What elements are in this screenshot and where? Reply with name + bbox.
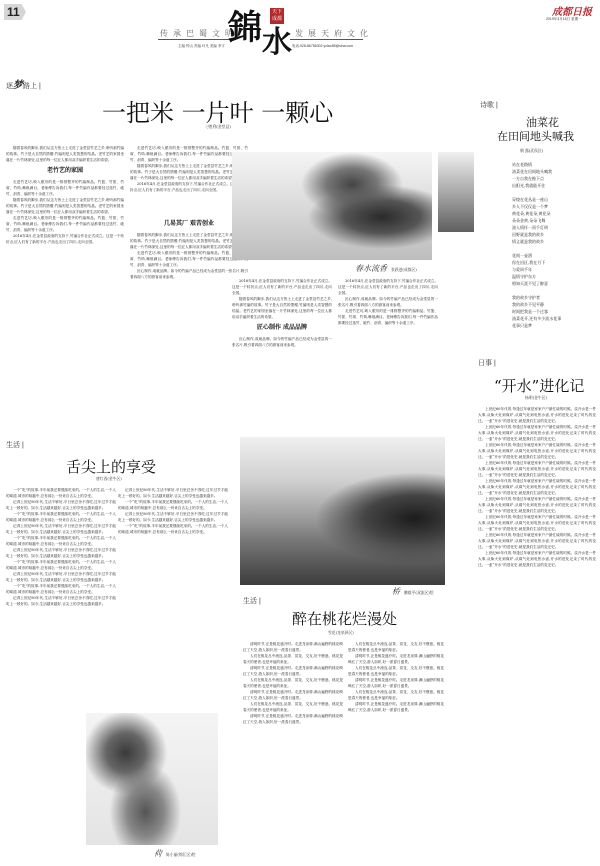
masthead-seal: 天下成都 (270, 8, 284, 24)
section-tag-daily: 日事 | (478, 358, 496, 368)
header-contact: 电话:028-86756302 yclao55@sina.com (292, 44, 353, 49)
life2-byline: 雪花(龙泉驿区) (328, 630, 354, 636)
header-slogan-left: 传承巴蜀文明 (160, 28, 238, 39)
section-tag-life2: 生活 | (243, 596, 261, 606)
life1-headline: 舌尖上的享受 (66, 456, 156, 477)
painting-spring-water (232, 152, 432, 260)
life1-byline: 唐红西(金牛区) (96, 476, 122, 482)
poem-byline: 朝 露(武侯区) (520, 148, 543, 154)
paper-date: 2019年3月15日 星期一 (546, 17, 582, 22)
painting-lotus (86, 713, 218, 845)
painting-edge-fragment (438, 152, 474, 232)
poem-body: 站在老路情 油菜花在田间地头喊我 一方自我在檐下点 出阳光,我就能开往 穿梭在花… (512, 161, 561, 329)
painting-bridge (240, 437, 445, 585)
masthead-logo-shui: 水 (262, 28, 292, 58)
main-article-col3: 2016年4月,在金堂县政府的支持下,竹编合作社正式成立。这是一个转折点,匠人们… (232, 278, 332, 418)
main-byline: 刁胜利(金堂县) (205, 124, 231, 130)
life2-headline: 醉在桃花烂漫处 (292, 608, 397, 629)
painting-caption-bridge: 桥鹏毅平(双流区)绘 (392, 586, 434, 597)
header-rule-right (290, 39, 363, 40)
main-subhead-3: 匠心制作 成品品牌 (232, 325, 332, 331)
section-tag-poetry: 诗歌 | (480, 100, 498, 110)
life2-article-col2: 人们在桃花丛中流连,品茶、赏花、交友,好不惬意。桃花是春天的使者,也是幸福的象征… (348, 641, 444, 862)
main-subhead-1: 老竹艺的家园 (6, 168, 124, 174)
daily-headline: “开水”进化记 (494, 375, 584, 396)
main-subhead-2: 几易其厂 艰苦创业 (130, 221, 248, 227)
life2-article-col1: 清明时节,正是桃花盛开时。走进龙泉驿,满山遍野的桃花映红了天空,游人如织,好一派… (243, 641, 343, 862)
painting-caption-lotus: 荷陈小丽(锦江区)绘 (154, 848, 196, 859)
section-tag-main: 逐梦路上 | (6, 76, 41, 91)
section-tag-life1: 生活 | (6, 440, 24, 450)
header-rule-left (158, 39, 230, 40)
main-article-col2: 走进竹艺坊,映入眼帘的是一排排整齐的竹编制品。竹篮、竹筐、竹席、竹椅,琳琅满目。… (130, 145, 248, 415)
masthead-logo-jin: 錦 (228, 11, 262, 45)
section-tag-emblem: 梦 (13, 80, 23, 91)
poem-title-line2: 在田间地头喊我 (497, 128, 574, 144)
painting-caption-1: 春水流香张跃进(成都区) (355, 263, 417, 274)
main-article-col4: 2016年4月,在金堂县政府的支持下,竹编合作社正式成立。这是一个转折点,匠人们… (338, 278, 438, 418)
main-headline: 一把米 一片叶 一颗心 (102, 93, 333, 128)
header-editors: 主编 钟山 责编 叶凡 美编 李宇 (178, 44, 225, 49)
page-number: 11 (4, 4, 26, 20)
daily-article-col: 上世纪60年代的,每逢过年就是家家户户最忙碌的时候。烧开水是一件大事,从柴火灶到… (478, 406, 596, 862)
main-article-col1: 随着春风的脚步,我们从这方热土上走进了金堂县竹艺之乡,聆听那竹编的故事。竹子是大… (6, 145, 124, 415)
daily-byline: 杨明(金牛区) (525, 395, 547, 401)
paper-name-logo: 成都日报 (552, 3, 592, 18)
life1-article-col2: 记得上世纪80年代,生活不够好,平日里总舍不得吃,过年过节才能吃上一顿好的。如今… (118, 487, 228, 607)
header-slogan-right: 发展天府文化 (295, 28, 373, 39)
